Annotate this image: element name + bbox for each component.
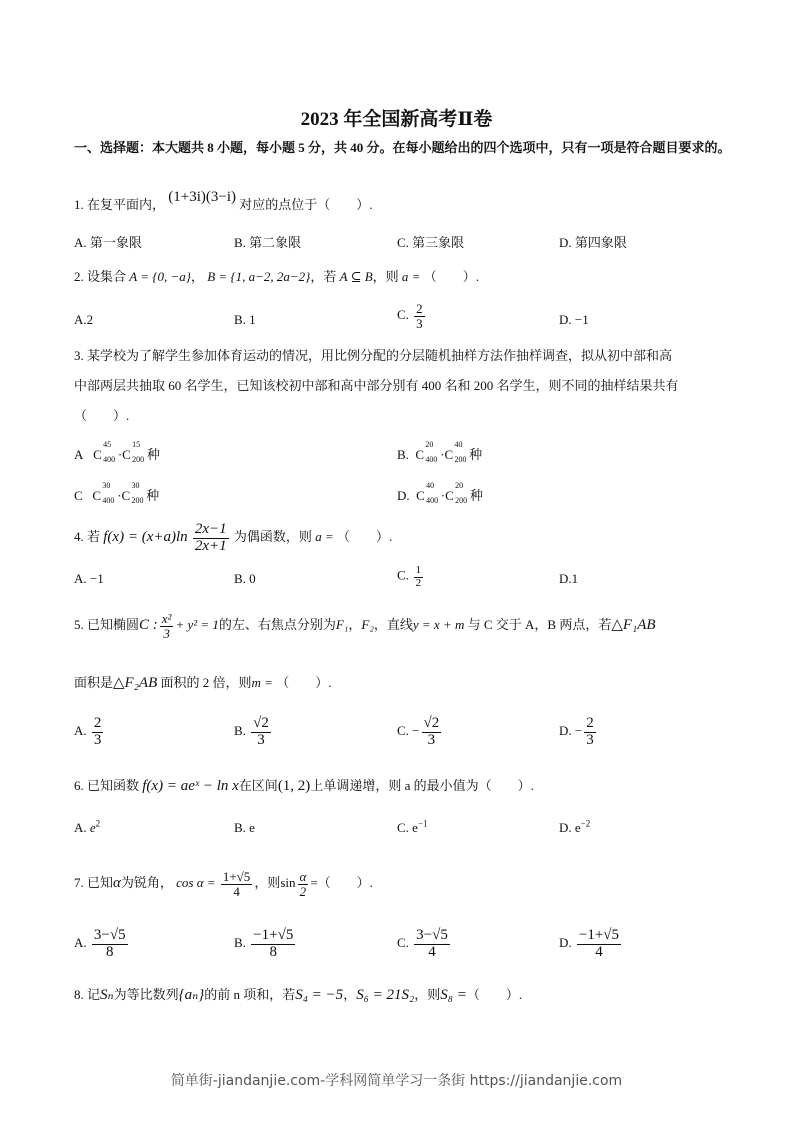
footer-watermark: 简单街-jiandanjie.com-学科网简单学习一条街 https://ji…: [0, 1070, 793, 1090]
q5-option-d: D. −23: [559, 716, 598, 749]
question-3-line-3: （ ）.: [74, 407, 129, 425]
q2-option-a: A.2: [74, 312, 93, 328]
q3-option-d: D. C40400·C20200种: [397, 485, 483, 504]
question-6: 6. 已知函数 f(x) = aeˣ − ln x在区间(1, 2)上单调递增，…: [74, 777, 534, 795]
math-expression: (1+3i)(3−i): [168, 189, 236, 205]
q4-option-c: C. 12: [397, 565, 425, 589]
q2-option-d: D. −1: [559, 312, 589, 328]
question-number: 1.: [74, 197, 84, 212]
q3-option-b: B. C20400·C40200种: [397, 444, 482, 463]
q7-option-a: A. 3−√58: [74, 928, 130, 961]
document-title: 2023 年全国新高考Ⅱ卷: [0, 104, 793, 131]
question-stem: 在复平面内，: [87, 197, 165, 212]
function-expression: f(x) = (x+a)ln: [103, 529, 187, 545]
set-a: A = {0, −a}: [129, 269, 191, 284]
question-5-line-2: 面积是△F₂AB 面积的 2 倍，则m = （ ）.: [74, 674, 331, 692]
q7-option-c: C. 3−√54: [397, 928, 452, 961]
q6-option-c: C. e−1: [397, 820, 428, 836]
q6-option-a: A. e2: [74, 820, 100, 836]
set-b: B = {1, a−2, 2a−2}: [207, 269, 310, 284]
q5-option-c: C. −√23: [397, 716, 443, 749]
q5-option-a: A. 23: [74, 716, 105, 749]
q2-option-c: C. 23: [397, 302, 427, 330]
question-3-line-2: 中部两层共抽取 60 名学生，已知该校初中部和高中部分别有 400 名和 200…: [74, 377, 679, 395]
q6-option-d: D. e−2: [559, 820, 590, 836]
question-7: 7. 已知α为锐角， cos α = 1+√54，则sinα2=（ ）.: [74, 870, 373, 898]
q1-option-d: D. 第四象限: [559, 232, 627, 251]
q1-option-a: A. 第一象限: [74, 232, 142, 251]
question-4: 4. 若 f(x) = (x+a)ln 2x−12x+1 为偶函数，则 a = …: [74, 522, 392, 555]
q4-option-d: D.1: [559, 571, 578, 587]
question-stem: 对应的点位于（ ）.: [239, 197, 372, 212]
question-3-line-1: 3. 某学校为了解学生参加体育运动的情况，用比例分配的分层随机抽样方法作抽样调查…: [74, 347, 672, 365]
subset-relation: A ⊆ B: [340, 269, 373, 284]
q4-option-b: B. 0: [234, 571, 256, 587]
question-8: 8. 记Sₙ为等比数列{aₙ}的前 n 项和，若S₄ = −5，S₆ = 21S…: [74, 986, 522, 1004]
question-2: 2. 设集合 A = {0, −a}， B = {1, a−2, 2a−2}，若…: [74, 268, 479, 286]
q5-option-b: B. √23: [234, 716, 273, 749]
question-1: 1. 在复平面内， (1+3i)(3−i) 对应的点位于（ ）.: [74, 196, 373, 214]
q1-option-b: B. 第二象限: [234, 232, 301, 251]
q4-option-a: A. −1: [74, 571, 104, 587]
q6-option-b: B. e: [234, 820, 255, 836]
q3-option-a: A C45400·C15200种: [74, 444, 160, 463]
q7-option-d: D. −1+√54: [559, 928, 623, 961]
q7-option-b: B. −1+√58: [234, 928, 297, 961]
section-header: 一、选择题：本大题共 8 小题，每小题 5 分，共 40 分。在每小题给出的四个…: [74, 137, 734, 158]
q1-option-c: C. 第三象限: [397, 232, 464, 251]
q3-option-c: C C30400·C30200种: [74, 485, 159, 504]
question-5-line-1: 5. 已知椭圆C :x²3+ y² = 1的左、右焦点分别为F₁，F₂，直线y …: [74, 612, 656, 640]
q2-option-b: B. 1: [234, 312, 256, 328]
